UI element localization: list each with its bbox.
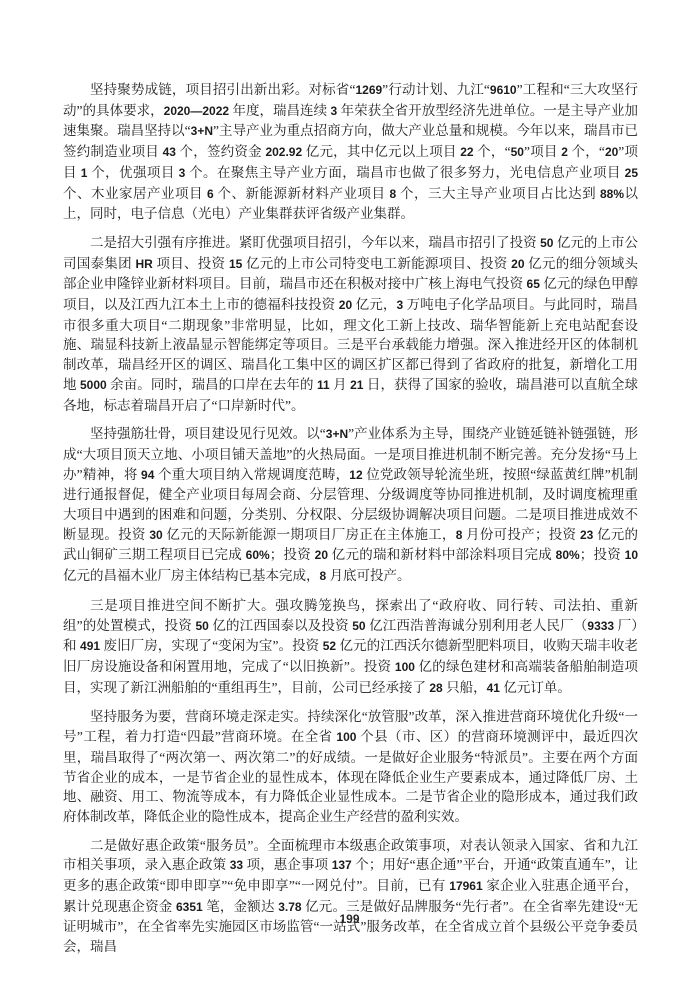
latin-run: 20: [339, 298, 352, 312]
latin-run: 8: [320, 569, 327, 583]
latin-run: 20: [605, 145, 618, 159]
paragraph-6: 二是做好惠企政策“服务员”。全面梳理市本级惠企政策事项，对表认领录入国家、省和九…: [63, 836, 638, 957]
latin-run: 8: [456, 528, 463, 542]
latin-run: 94: [141, 468, 154, 482]
latin-run: 50: [352, 619, 365, 633]
latin-run: 52: [323, 639, 336, 653]
latin-run: 20: [315, 548, 328, 562]
latin-run: HR: [135, 257, 152, 271]
latin-run: 137: [332, 858, 352, 872]
page-body-text: 坚持聚势成链，项目招引出新出彩。对标省“1269”行动计划、九江“9610”工程…: [63, 80, 638, 966]
latin-run: 50: [195, 619, 208, 633]
latin-run: —: [190, 104, 202, 118]
latin-run: 9333: [587, 619, 614, 633]
latin-run: 491: [80, 639, 100, 653]
latin-run: 1: [81, 166, 88, 180]
latin-run: 11: [317, 378, 330, 392]
latin-run: 15: [229, 257, 242, 271]
latin-run: 12: [349, 468, 362, 482]
latin-run: 1269: [355, 83, 382, 97]
page-number: 199: [0, 912, 699, 926]
latin-run: 60%: [246, 548, 270, 562]
latin-run: 5000: [80, 378, 107, 392]
latin-run: 50: [511, 145, 524, 159]
latin-run: 2: [561, 145, 568, 159]
latin-run: 3: [331, 104, 338, 118]
document-page: 坚持聚势成链，项目招引出新出彩。对标省“1269”行动计划、九江“9610”工程…: [0, 0, 699, 987]
latin-run: 23: [580, 528, 593, 542]
paragraph-2: 二是招大引强有序推进。紧盯优强项目招引，今年以来，瑞昌市招引了投资 50 亿元的…: [63, 233, 638, 415]
latin-run: 41: [487, 681, 500, 695]
latin-run: 88%: [600, 187, 624, 201]
latin-run: 50: [540, 236, 553, 250]
latin-run: 22: [460, 145, 473, 159]
latin-run: 202.92: [265, 145, 302, 159]
latin-run: 2022: [202, 104, 229, 118]
latin-run: 8: [389, 187, 396, 201]
paragraph-4: 三是项目推进空间不断扩大。强攻腾笼换鸟，探索出了“政府收、同行转、司法拍、重新组…: [63, 596, 638, 699]
latin-run: 20: [511, 257, 524, 271]
latin-run: 80%: [556, 548, 580, 562]
latin-run: 3+N: [191, 124, 213, 138]
latin-run: 3: [397, 298, 404, 312]
latin-run: 43: [163, 145, 176, 159]
latin-run: 9610: [490, 83, 517, 97]
latin-run: 2020: [164, 104, 191, 118]
latin-run: 3: [179, 166, 186, 180]
paragraph-5: 坚持服务为要，营商环境走深走实。持续深化“放管服”改革，深入推进营商环境优化升级…: [63, 707, 638, 826]
latin-run: 28: [429, 681, 442, 695]
latin-run: 33: [230, 858, 243, 872]
latin-run: 100: [395, 660, 415, 674]
latin-run: 30: [149, 528, 162, 542]
latin-run: 10: [625, 548, 638, 562]
latin-run: 6: [207, 187, 214, 201]
paragraph-3: 坚持强筋壮骨，项目建设见行见效。以“3+N”产业体系为主导，围绕产业链延链补链强…: [63, 424, 638, 587]
latin-run: 17961: [449, 879, 482, 893]
latin-run: 199: [339, 912, 359, 926]
latin-run: 65: [527, 277, 540, 291]
latin-run: 3+N: [326, 427, 348, 441]
paragraph-1: 坚持聚势成链，项目招引出新出彩。对标省“1269”行动计划、九江“9610”工程…: [63, 80, 638, 224]
latin-run: 25: [625, 166, 638, 180]
latin-run: 21: [350, 378, 363, 392]
latin-run: 100: [336, 730, 356, 744]
